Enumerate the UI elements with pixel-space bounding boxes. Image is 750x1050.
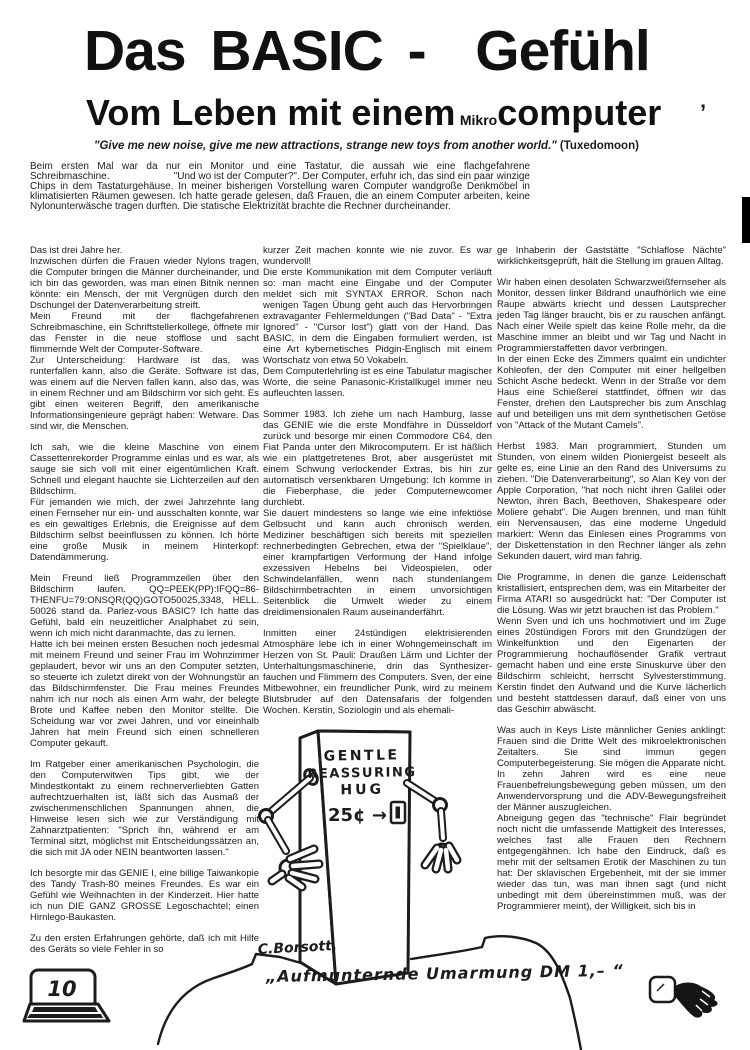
right-glove [425,844,457,869]
epigraph-quote: "Give me new noise, give me new attracti… [94,140,557,152]
machine-label-line2: REASSURING [307,765,416,782]
paragraph: Die erste Kommunikation mit dem Computer… [263,267,492,366]
paragraph: Mein Freund mit der flachgefahrenen Schr… [30,311,259,355]
subtitle-part1: Vom Leben mit einem [86,92,455,133]
paragraph: Die Programme, in denen die ganze Leiden… [497,572,726,616]
keyboard-row [32,1007,98,1012]
subtitle-small-word: Mikro [460,112,497,128]
epigraph-attribution: (Tuxedomoon) [560,140,639,152]
ground-line-right [411,936,581,1050]
paragraph: Herbst 1983. Man programmiert, Stunden u… [497,441,726,562]
paragraph: Mein Freund ließ Programmzeilen über den… [30,573,259,639]
paragraph: Ich sah, wie die kleine Maschine von ein… [30,442,259,497]
paragraph-group: Sommer 1983. Ich ziehe um nach Hamburg, … [263,409,492,618]
epigraph: "Give me new noise, give me new attracti… [94,140,654,152]
price-label: 25¢ → [328,805,387,826]
hug-machine-illustration: GENTLE REASSURING HUG 25¢ → C.Borsott. „… [140,688,685,1050]
page-title: Das BASIC - Gefühl [84,18,650,84]
scan-artifact-bar [742,197,750,243]
paragraph: ge Inhaberin der Gaststätte "Schlaflose … [497,245,726,267]
paragraph-group: Das ist drei Jahre her.Inzwischen dürfen… [30,245,259,432]
paragraph-group: Wir haben einen desolaten Schwarzweißfer… [497,277,726,431]
hand-key-icon [638,960,738,1032]
paragraph: Sie dauert mindestens so lange wie eine … [263,508,492,618]
page-number-computer-icon: 10 [22,960,117,1035]
coin-slot-hole [396,807,401,819]
paragraph: Für jemanden wie mich, der zwei Jahrzehn… [30,497,259,563]
magazine-page: Das BASIC - Gefühl Vom Leben mit einem M… [0,0,750,1050]
column-2: kurzer Zeit machen konnte wie nie zuvor.… [263,245,492,726]
machine-label-line3: HUG [340,782,384,799]
paragraph: Dem Computerlehrling ist es eine Tabulat… [263,366,492,399]
paragraph: In der einen Ecke des Zimmers qualmt ein… [497,354,726,431]
right-robot-arm [407,783,457,869]
hand-shape [674,983,718,1018]
paragraph: Zur Unterscheidung: Hardware ist das, wa… [30,355,259,432]
subtitle-part2: computer [497,92,661,133]
page-subtitle: Vom Leben mit einem Mikrocomputer [86,92,661,134]
keyboard-row [27,1014,103,1018]
lead-paragraph: Beim ersten Mal war da nur ein Monitor u… [30,162,530,212]
page-number: 10 [47,977,76,1001]
left-glove [272,849,319,887]
paragraph-group: kurzer Zeit machen konnte wie nie zuvor.… [263,245,492,399]
subtitle-tick-mark: ’ [700,100,706,126]
machine-label-line1: GENTLE [324,747,400,764]
paragraph: kurzer Zeit machen konnte wie nie zuvor.… [263,245,492,267]
paragraph: Sommer 1983. Ich ziehe um nach Hamburg, … [263,409,492,508]
paragraph-group: ge Inhaberin der Gaststätte "Schlaflose … [497,245,726,267]
paragraph: Das ist drei Jahre her. [30,245,259,256]
paragraph: Wir haben einen desolaten Schwarzweißfer… [497,277,726,354]
paragraph-group: Ich sah, wie die kleine Maschine von ein… [30,442,259,563]
paragraph-group: Herbst 1983. Man programmiert, Stunden u… [497,441,726,562]
paragraph: Inzwischen dürfen die Frauen wieder Nylo… [30,256,259,311]
